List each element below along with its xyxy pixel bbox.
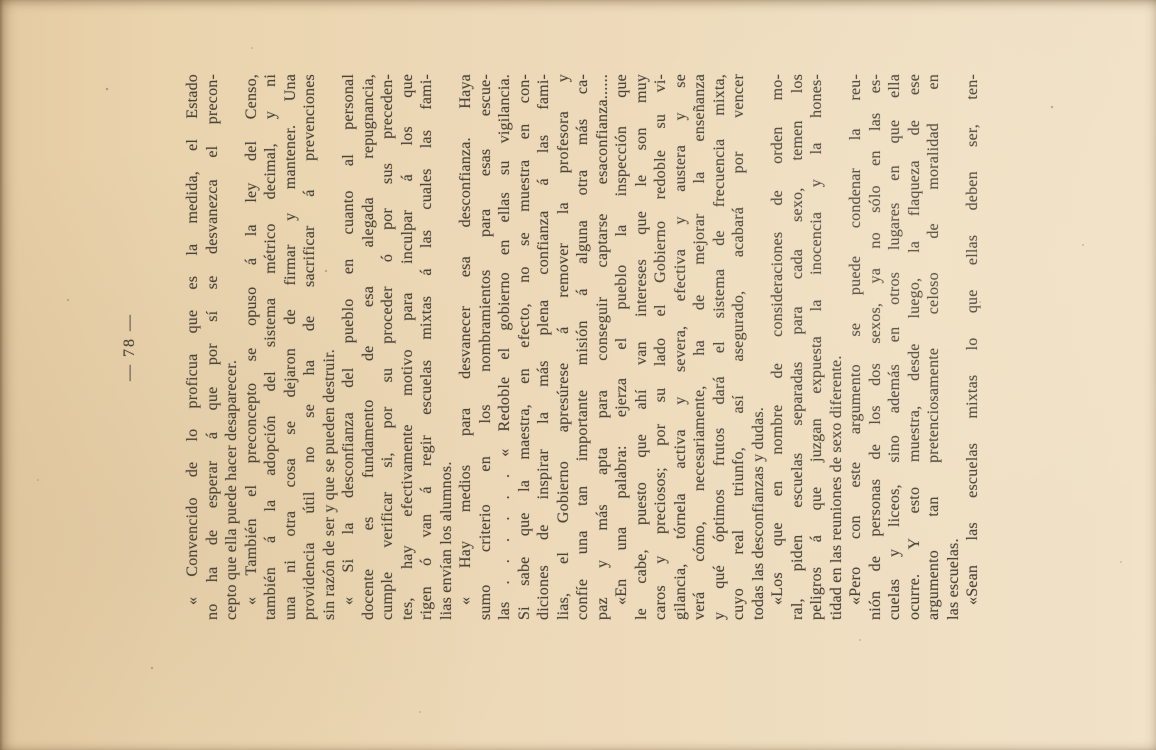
text-line: «Pero con este argumento se puede conden… [846,74,866,620]
text-line: lias, el Gobierno apresúrese á remover l… [554,74,574,620]
text-line: verá cómo, necesariamente, ha de mejorar… [690,74,710,620]
text-line: ral, piden escuelas separadas para cada … [788,74,808,620]
text-line: sin razón de ser y que se pueden destrui… [320,74,340,620]
book-page: — 78 — « Convencido de lo proficua que e… [0,0,1156,750]
text-line: confíe una tan importante misión á algun… [573,74,593,620]
text-line: cumple verificar si, por su proceder ó p… [378,74,398,620]
text-line: Si sabe que la maestra, en efecto, no se… [515,74,535,620]
text-line: y qué óptimos frutos dará el sistema de … [710,74,730,620]
text-line: una ni otra cosa se dejaron de firmar y … [281,74,301,620]
text-line: cuyo real triunfo, así asegurado, acabar… [729,74,749,620]
text-line: sumo criterio en los nombramientos para … [476,74,496,620]
text-line: « Hay medios para desvanecer esa desconf… [456,74,476,620]
text-line: ocurre. Y esto muestra, desde luego, la … [905,74,925,620]
text-line: providencia útil no se ha de sacrificar … [300,74,320,620]
text-line: nión de personas de los dos sexos, ya no… [866,74,886,620]
text-line: peligros á que juzgan expuesta la inocen… [807,74,827,620]
text-line: diciones de inspirar la más plena confia… [534,74,554,620]
text-line: docente es fundamento de esa alegada rep… [359,74,379,620]
text-line: las . . . . . . « Redoble el gobierno en… [495,74,515,620]
text-line: rigen ó van á regir escuelas mixtas á la… [417,74,437,620]
text-line: paz y más apta para conseguir captarse e… [593,74,613,620]
text-line: «En una palabra: ejerza el pueblo la ins… [612,74,632,620]
text-line: cuelas y liceos, sino además en otros lu… [885,74,905,620]
text-line: lias envían los alumnos. [437,74,457,620]
text-line: «Sean las escuelas mixtas lo que ellas d… [963,74,983,620]
text-line: cepto que ella puede hacer desaparecer. [222,74,242,620]
text-line: tidad en las reuniones de sexo diferente… [827,74,847,620]
text-line: « Convencido de lo proficua que es la me… [183,74,203,620]
text-line: « Si la desconfianza del pueblo en cuant… [339,74,359,620]
text-line: las escuelas. [944,74,964,620]
text-line: tes, hay efectivamente motivo para incul… [398,74,418,620]
text-line: «Los que en nombre de consideraciones de… [768,74,788,620]
text-line: gilancia, tórnela activa y severa, efect… [671,74,691,620]
page-text: « Convencido de lo proficua que es la me… [183,74,983,620]
text-line: no ha de esperar á que por sí se desvane… [203,74,223,620]
text-line: le cabe, puesto que ahí van intereses qu… [632,74,652,620]
text-line: « También el preconcepto se opuso á la l… [242,74,262,620]
text-line: también á la adopción del sistema métric… [261,74,281,620]
page-number: — 78 — [121,74,139,620]
scan-background: — 78 — « Convencido de lo proficua que e… [0,0,1156,750]
text-line: argumento tan pretenciosamente celoso de… [924,74,944,620]
text-line: todas las desconfianzas y dudas. [749,74,769,620]
text-line: caros y preciosos; por su lado el Gobier… [651,74,671,620]
